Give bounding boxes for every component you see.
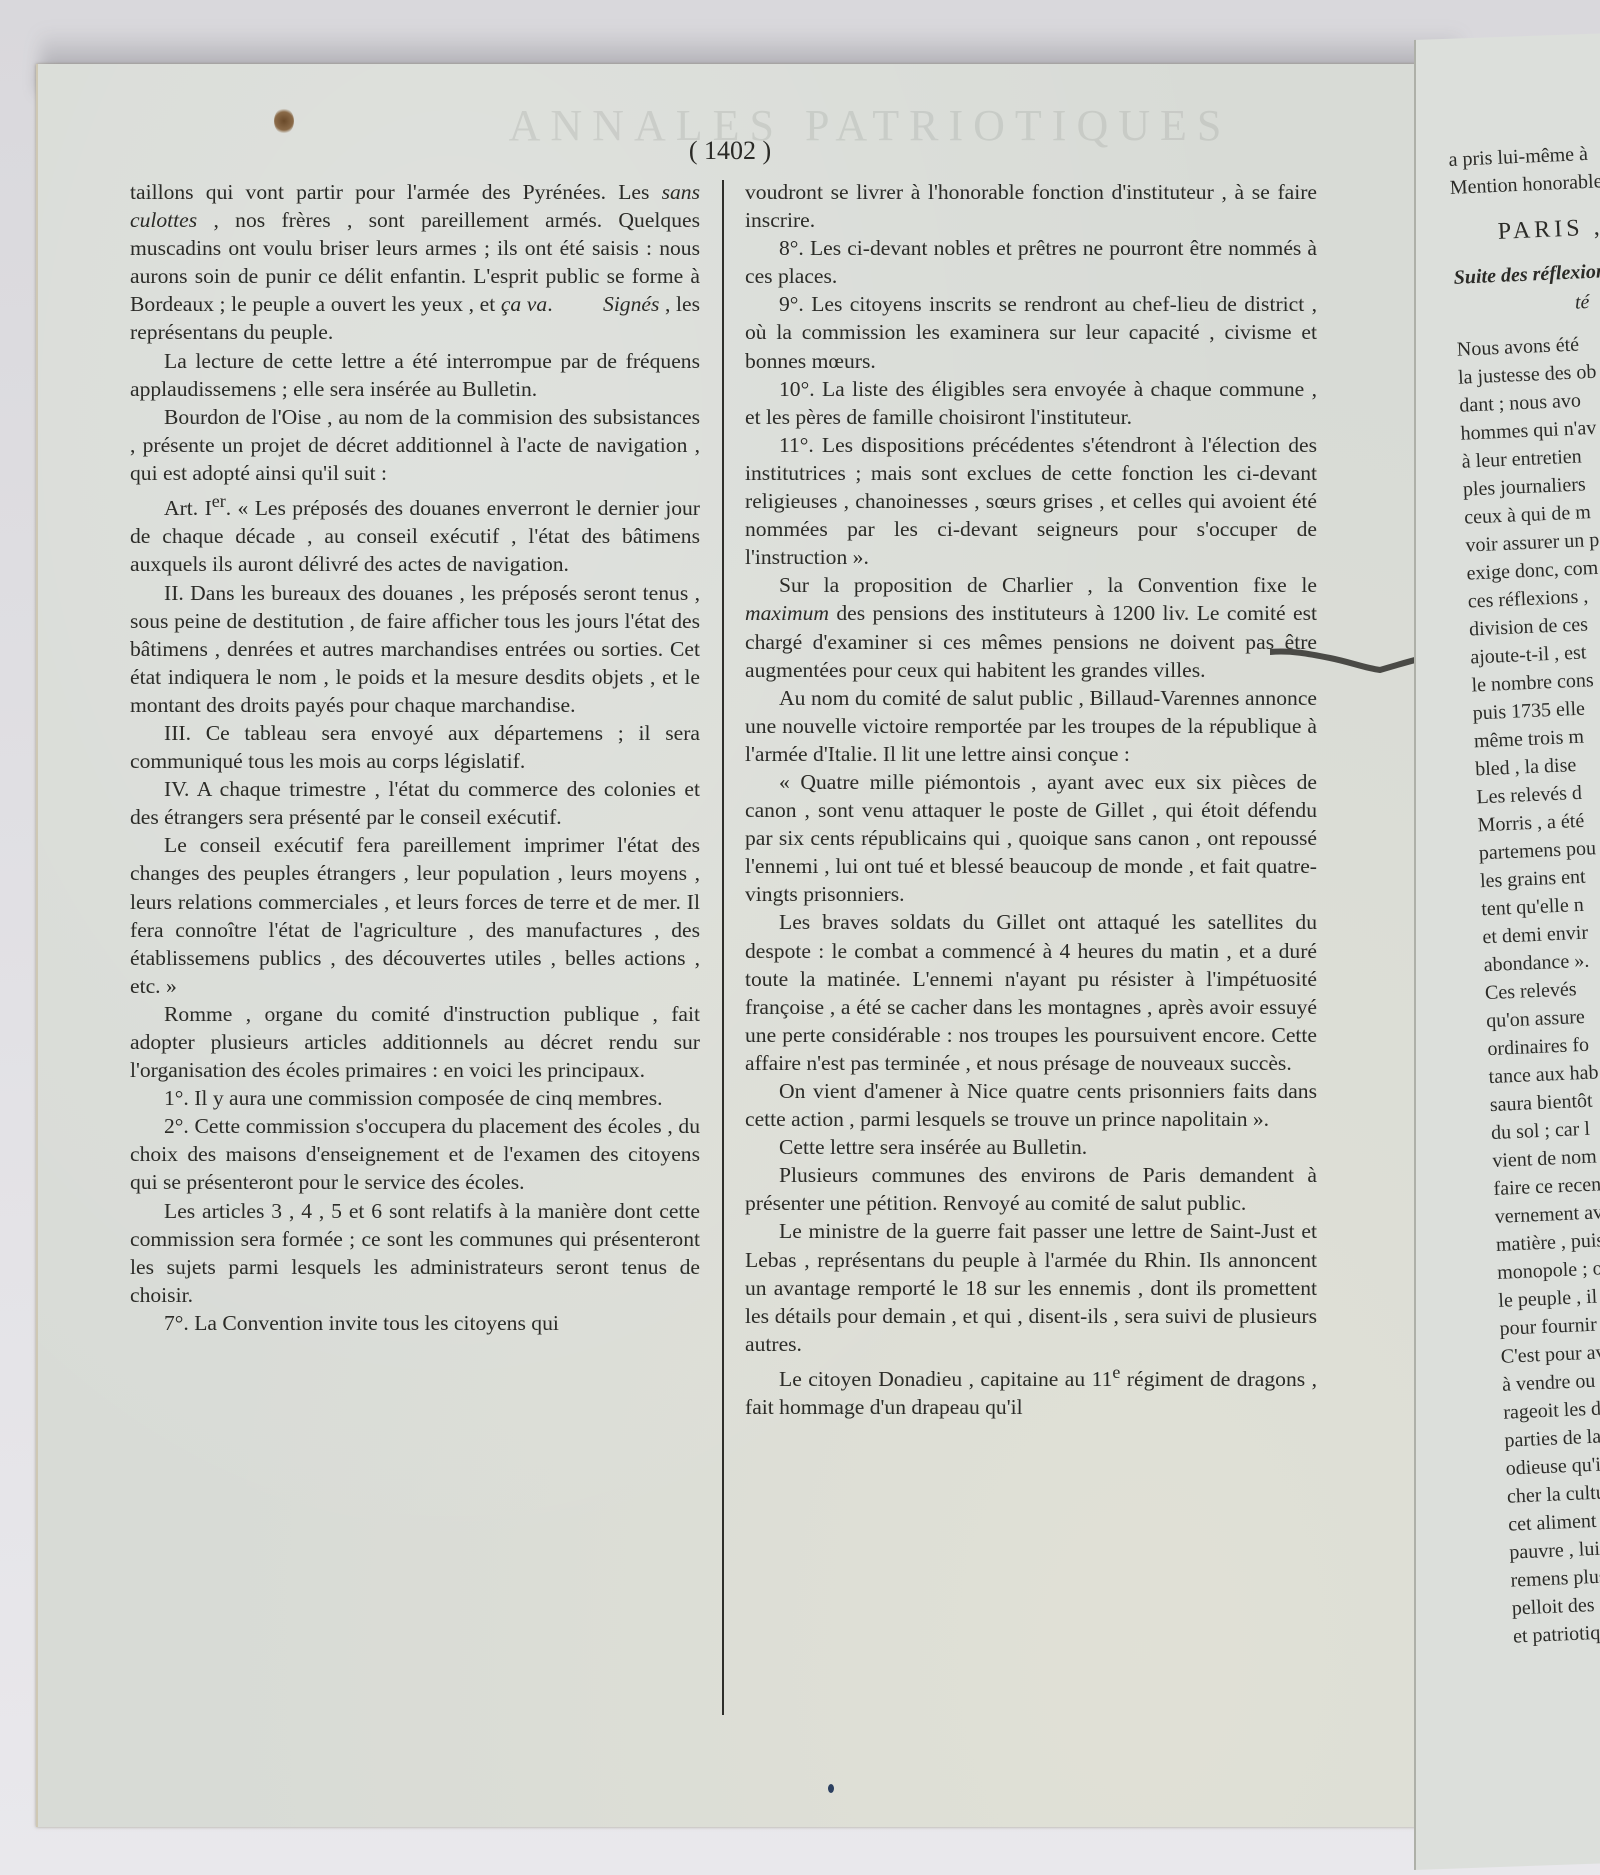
paragraph: III. Ce tableau sera envoyé aux départem… [130,719,700,775]
bleed-through-header: ANNALES PATRIOTIQUES [420,100,1320,151]
paragraph: « Quatre mille piémontois , ayant avec e… [745,768,1317,908]
paragraph: Art. Ier. « Les préposés des douanes env… [130,487,700,578]
paragraph: 2°. Cette commission s'occupera du place… [130,1112,700,1196]
paragraph: Sur la proposition de Charlier , la Conv… [745,571,1317,683]
ink-stain [274,108,294,134]
paragraph: taillons qui vont partir pour l'armée de… [130,178,700,347]
paragraph: Romme , organe du comité d'instruction p… [130,1000,700,1084]
paragraph: voudront se livrer à l'honorable fonctio… [745,178,1317,234]
right-text-column: voudront se livrer à l'honorable fonctio… [745,178,1317,1421]
facing-heading: PARIS , [1497,211,1600,246]
paragraph: Au nom du comité de salut public , Billa… [745,684,1317,768]
paragraph: Cette lettre sera insérée au Bulletin. [745,1133,1317,1161]
paragraph: Plusieurs communes des environs de Paris… [745,1161,1317,1217]
paragraph: 9°. Les citoyens inscrits se rendront au… [745,290,1317,374]
paragraph: 10°. La liste des éligibles sera envoyée… [745,375,1317,431]
left-text-column: taillons qui vont partir pour l'armée de… [130,178,700,1337]
paragraph: II. Dans les bureaux des douanes , les p… [130,579,700,719]
paragraph: 11°. Les dispositions précédentes s'éten… [745,431,1317,571]
paragraph: 7°. La Convention invite tous les citoye… [130,1309,700,1337]
paragraph: On vient d'amener à Nice quatre cents pr… [745,1077,1317,1133]
paragraph: La lecture de cette lettre a été interro… [130,347,700,403]
paragraph: 1°. Il y aura une commission composée de… [130,1084,700,1112]
paragraph: Le ministre de la guerre fait passer une… [745,1217,1317,1357]
page-number: ( 1402 ) [640,136,820,166]
paragraph: IV. A chaque trimestre , l'état du comme… [130,775,700,831]
facing-subheading-cont: té [1574,285,1600,316]
paragraph: Bourdon de l'Oise , au nom de la commisi… [130,403,700,487]
ink-speck [828,1784,834,1793]
column-divider-rule [722,180,724,1715]
paragraph: 8°. Les ci-devant nobles et prêtres ne p… [745,234,1317,290]
paragraph: Le citoyen Donadieu , capitaine au 11e r… [745,1358,1317,1421]
paragraph: Le conseil exécutif fera pareillement im… [130,831,700,1000]
paragraph: Les braves soldats du Gillet ont attaqué… [745,908,1317,1077]
paragraph: Les articles 3 , 4 , 5 et 6 sont relatif… [130,1197,700,1309]
facing-subheading: Suite des réflexion [1453,255,1600,292]
